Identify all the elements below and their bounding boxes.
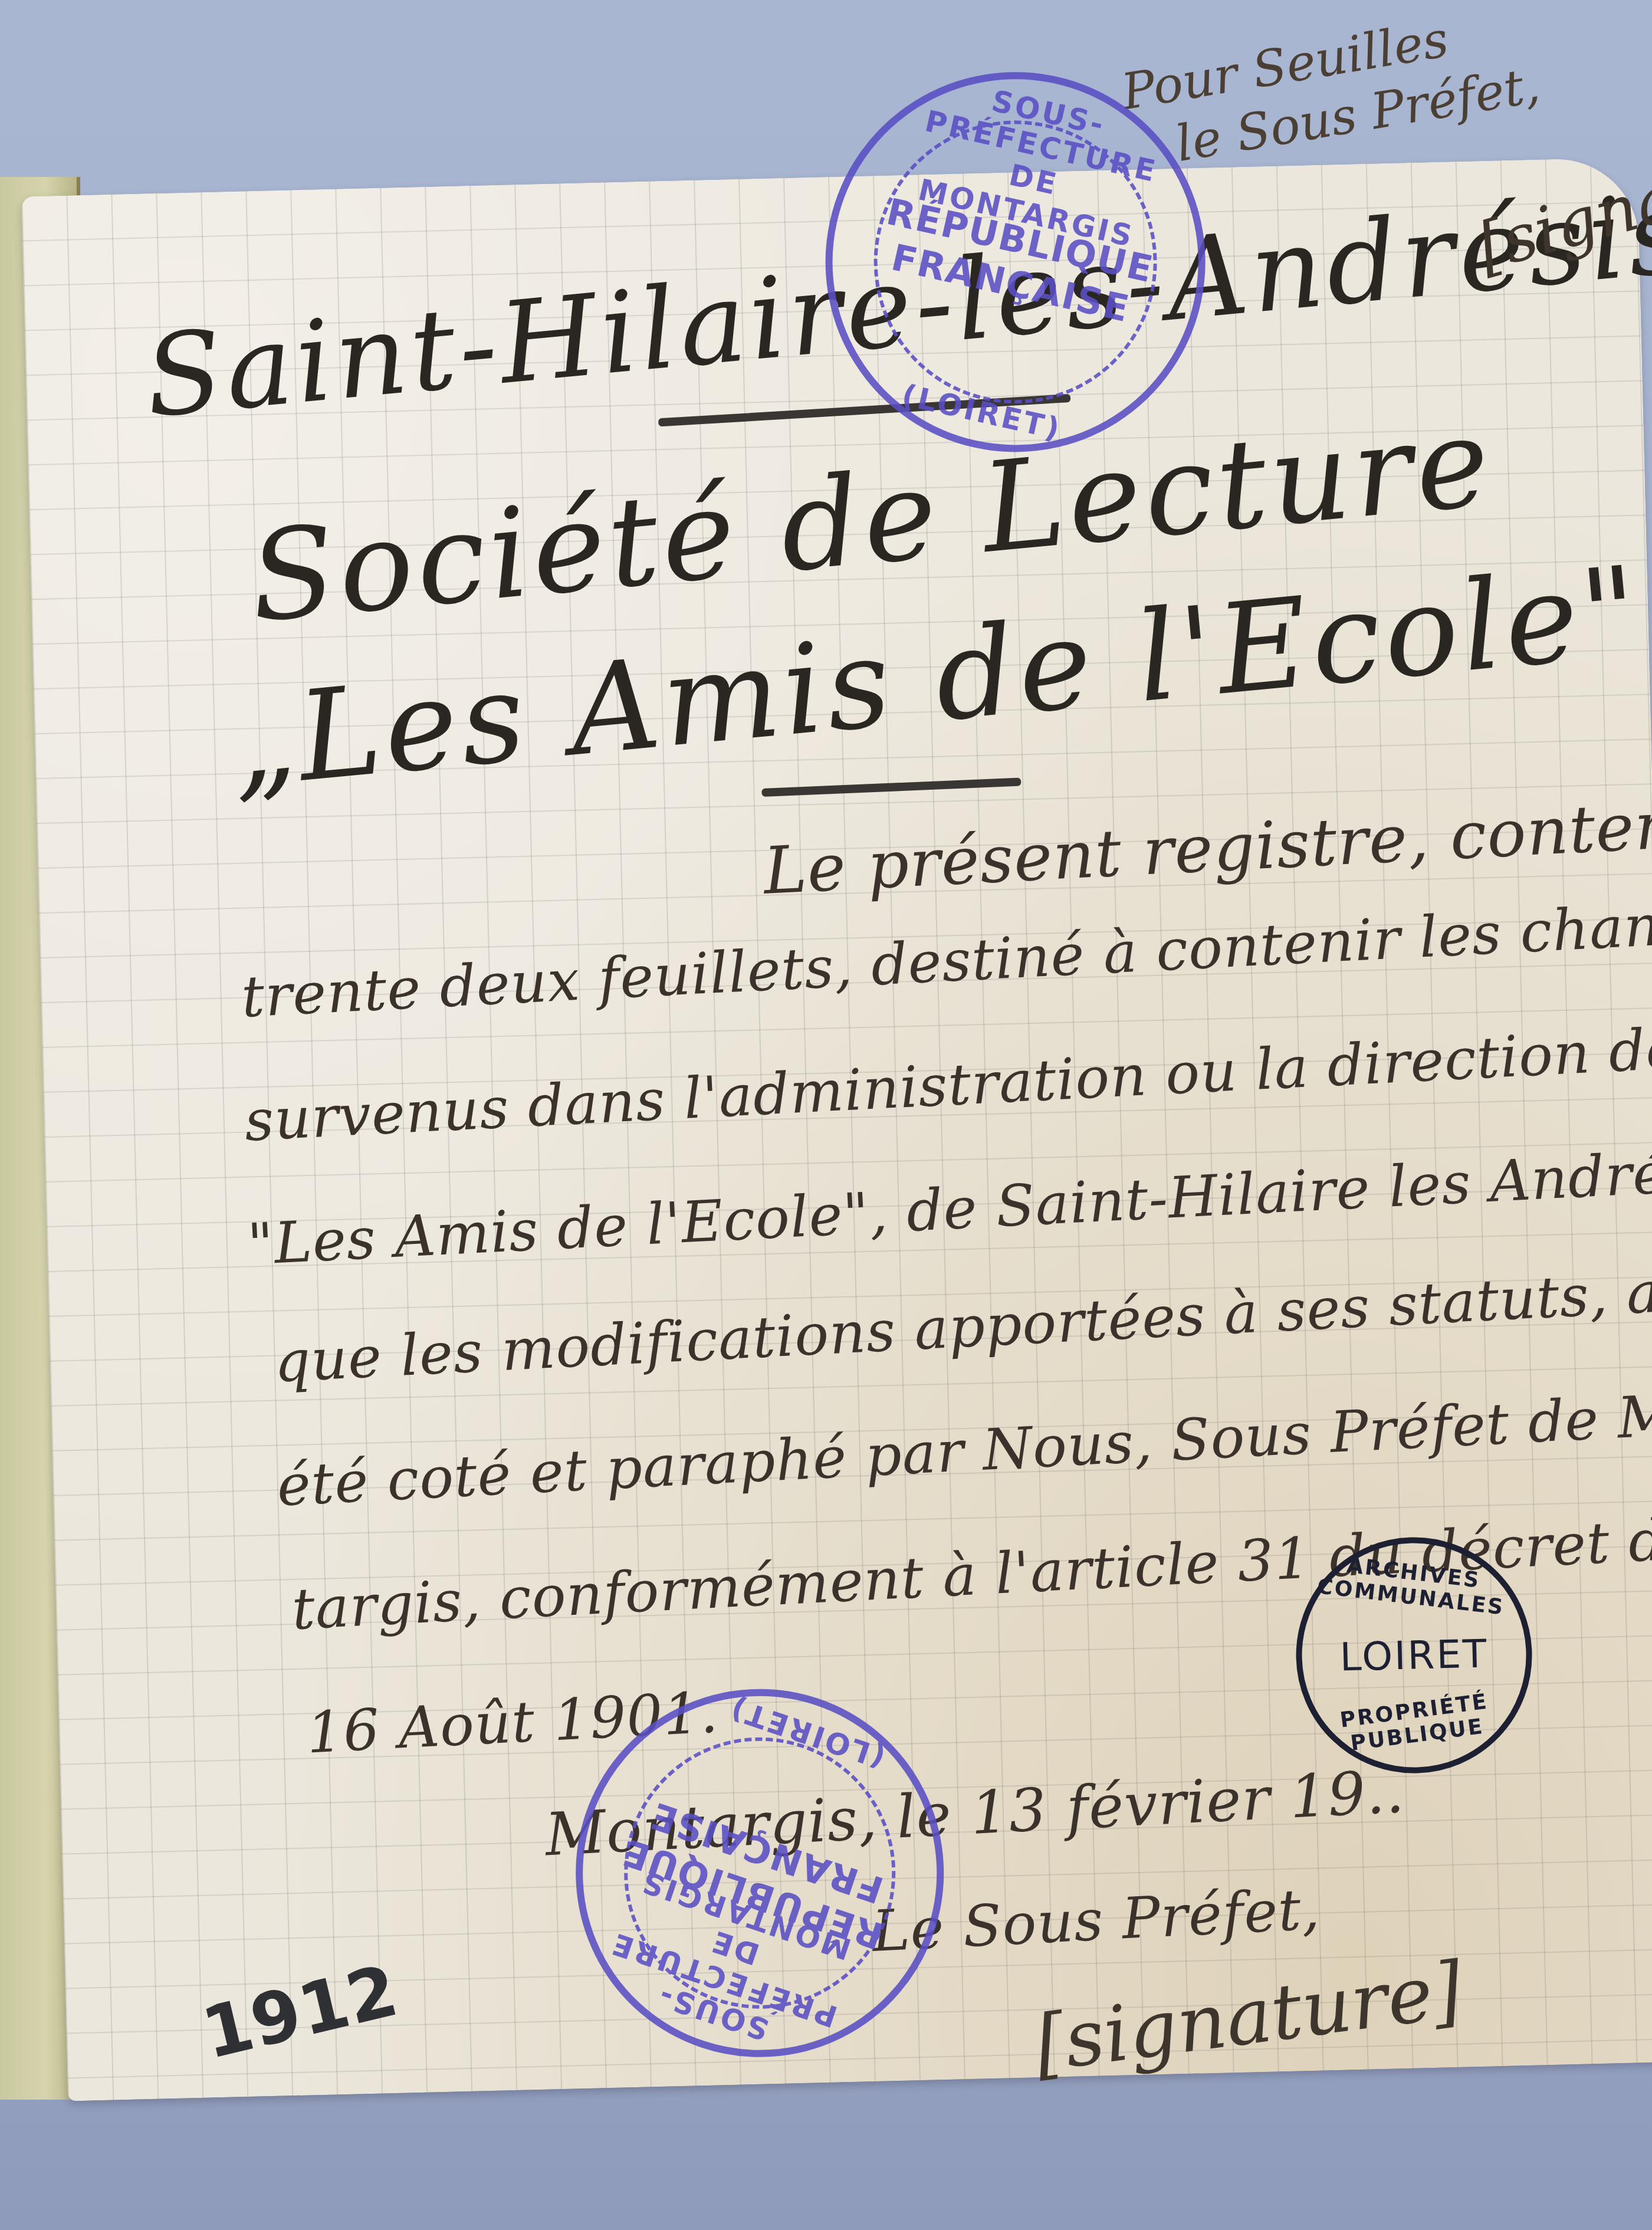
section-divider	[761, 778, 1021, 797]
archives-center-text: LOIRET	[1339, 1631, 1489, 1680]
archives-stamp: ARCHIVES COMMUNALES LOIRET PROPRIÉTÉ PUB…	[1293, 1535, 1535, 1776]
archives-ring-top: ARCHIVES COMMUNALES	[1316, 1550, 1509, 1620]
body-line-2: trente deux feuillets, destiné à conteni…	[240, 880, 1652, 1030]
body-line-4: "Les Amis de l'Ecole", de Saint-Hilaire …	[246, 1127, 1652, 1277]
margin-note-year: 1912	[195, 1950, 405, 2075]
body-line-1: Le présent registre, contenant	[761, 781, 1652, 909]
body-line-3: survenus dans l'administration ou la dir…	[243, 1000, 1652, 1154]
closing-signature: [signature]	[1030, 1945, 1468, 2089]
document-page: Saint-Hilaire-les-Andrésis Société de Le…	[21, 157, 1652, 2101]
body-line-5: que les modifications apportées à ses st…	[272, 1259, 1652, 1395]
archives-ring-bottom: PROPRIÉTÉ PUBLIQUE	[1319, 1687, 1512, 1759]
body-line-6: été coté et paraphé par Nous, Sous Préfe…	[275, 1378, 1652, 1519]
